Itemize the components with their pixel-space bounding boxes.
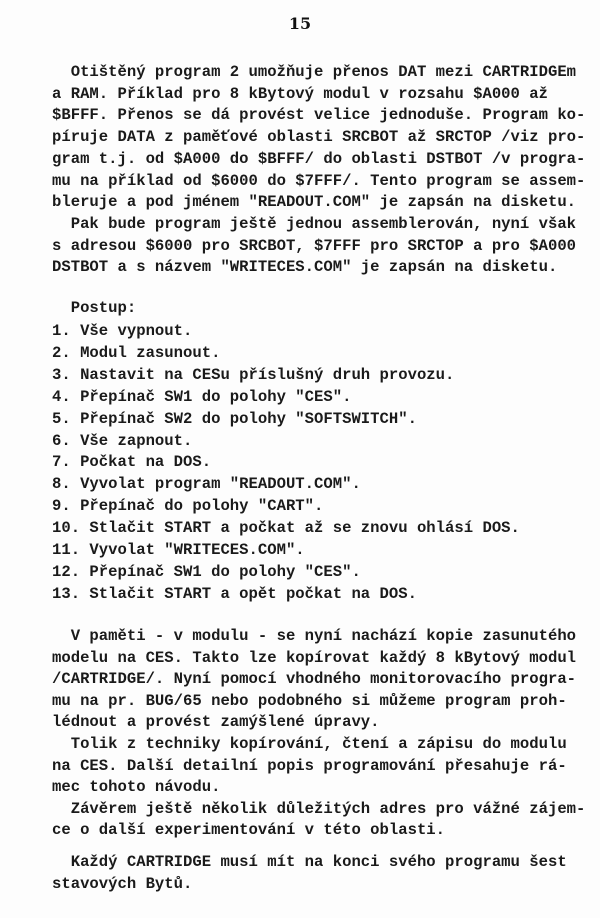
paragraph-line: píruje DATA z paměťové oblasti SRCBOT až…: [52, 128, 585, 146]
paragraph-line: Tolik z techniky kopírování, čtení a záp…: [52, 735, 567, 753]
paragraph-line: gram t.j. od $A000 do $BFFF/ do oblasti …: [52, 150, 585, 168]
procedure-step: 2. Modul zasunout.: [52, 344, 220, 362]
paragraph-line: modelu na CES. Takto lze kopírovat každý…: [52, 649, 576, 667]
document-page: 15 Otištěný program 2 umožňuje přenos DA…: [0, 0, 600, 918]
paragraph-line: Každý CARTRIDGE musí mít na konci svého …: [52, 853, 567, 871]
paragraph-line: mec tohoto návodu.: [52, 778, 220, 796]
paragraph-line: mu na pr. BUG/65 nebo podobného si můžem…: [52, 692, 567, 710]
paragraph-line: V paměti - v modulu - se nyní nachází ko…: [52, 627, 576, 645]
paragraph-line: stavových Bytů.: [52, 875, 192, 893]
procedure-step: 5. Přepínač SW2 do polohy "SOFTSWITCH".: [52, 410, 417, 428]
paragraph-line: Pak bude program ještě jednou assemblero…: [52, 215, 576, 233]
paragraph-line: mu na příklad od $6000 do $7FFF/. Tento …: [52, 172, 585, 190]
paragraph-line: Závěrem ještě několik důležitých adres p…: [52, 800, 585, 818]
procedure-step: 6. Vše zapnout.: [52, 432, 192, 450]
paragraph-line: s adresou $6000 pro SRCBOT, $7FFF pro SR…: [52, 237, 576, 255]
paragraph-line: lédnout a provést zamýšlené úpravy.: [52, 713, 380, 731]
page-number: 15: [0, 14, 600, 33]
procedure-step: 12. Přepínač SW1 do polohy "CES".: [52, 563, 361, 581]
procedure-step: 11. Vyvolat "WRITECES.COM".: [52, 541, 305, 559]
paragraph-line: bleruje a pod jménem "READOUT.COM" je za…: [52, 193, 576, 211]
procedure-step: 10. Stlačit START a počkat až se znovu o…: [52, 519, 520, 537]
procedure-step: 8. Vyvolat program "READOUT.COM".: [52, 475, 361, 493]
paragraph-line: $BFFF. Přenos se dá provést velice jedno…: [52, 106, 585, 124]
procedure-heading: Postup:: [52, 299, 136, 317]
paragraph-line: na CES. Další detailní popis programován…: [52, 757, 567, 775]
paragraph-line: /CARTRIDGE/. Nyní pomocí vhodného monito…: [52, 670, 576, 688]
procedure-step: 3. Nastavit na CESu příslušný druh provo…: [52, 366, 454, 384]
procedure-step: 4. Přepínač SW1 do polohy "CES".: [52, 388, 351, 406]
paragraph-line: DSTBOT a s názvem "WRITECES.COM" je zaps…: [52, 258, 557, 276]
procedure-step: 13. Stlačit START a opět počkat na DOS.: [52, 585, 417, 603]
paragraph-line: ce o další experimentování v této oblast…: [52, 821, 445, 839]
paragraph-line: Otištěný program 2 umožňuje přenos DAT m…: [52, 63, 576, 81]
procedure-step: 9. Přepínač do polohy "CART".: [52, 497, 323, 515]
paragraph-line: a RAM. Příklad pro 8 kBytový modul v roz…: [52, 85, 548, 103]
procedure-step: 7. Počkat na DOS.: [52, 453, 211, 471]
procedure-step: 1. Vše vypnout.: [52, 322, 192, 340]
